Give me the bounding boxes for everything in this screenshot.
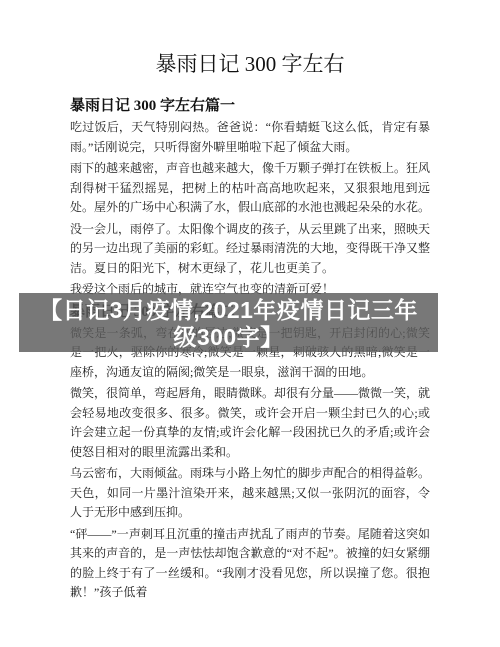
paragraph: “砰——”一声刺耳且沉重的撞击声扰乱了雨声的节奏。尾随着这突如其来的声音的，是一…: [70, 525, 430, 603]
overlay-banner-text: 【日记3月疫情,2021年疫情日记三年级300字】: [38, 297, 419, 351]
paragraph: 吃过饭后，天气特别闷热。爸爸说：“你看蜻蜓飞这么低，肯定有暴雨。”话刚说完，只听…: [70, 118, 430, 157]
doc-title: 暴雨日记 300 字左右: [70, 50, 430, 78]
paragraph: 微笑，很简单，弯起唇角，眼睛微眯。却很有分量——微微一笑，就会轻易地改变很多、很…: [70, 384, 430, 462]
paragraph: 没一会儿，雨停了。太阳像个调皮的孩子，从云里跳了出来，照映天的另一边出现了美丽的…: [70, 220, 430, 279]
paragraph: 雨下的越来越密，声音也越来越大，像千万颗子弹打在铁板上。狂风刮得树干猛烈摇晃，把…: [70, 159, 430, 218]
overlay-banner: 【日记3月疫情,2021年疫情日记三年级300字】: [19, 293, 438, 352]
section-heading-1: 暴雨日记 300 字左右篇一: [70, 96, 430, 116]
paragraph: 乌云密布，大雨倾盆。雨珠与小路上匆忙的脚步声配合的相得益彰。天色，如同一片墨汁渲…: [70, 464, 430, 523]
